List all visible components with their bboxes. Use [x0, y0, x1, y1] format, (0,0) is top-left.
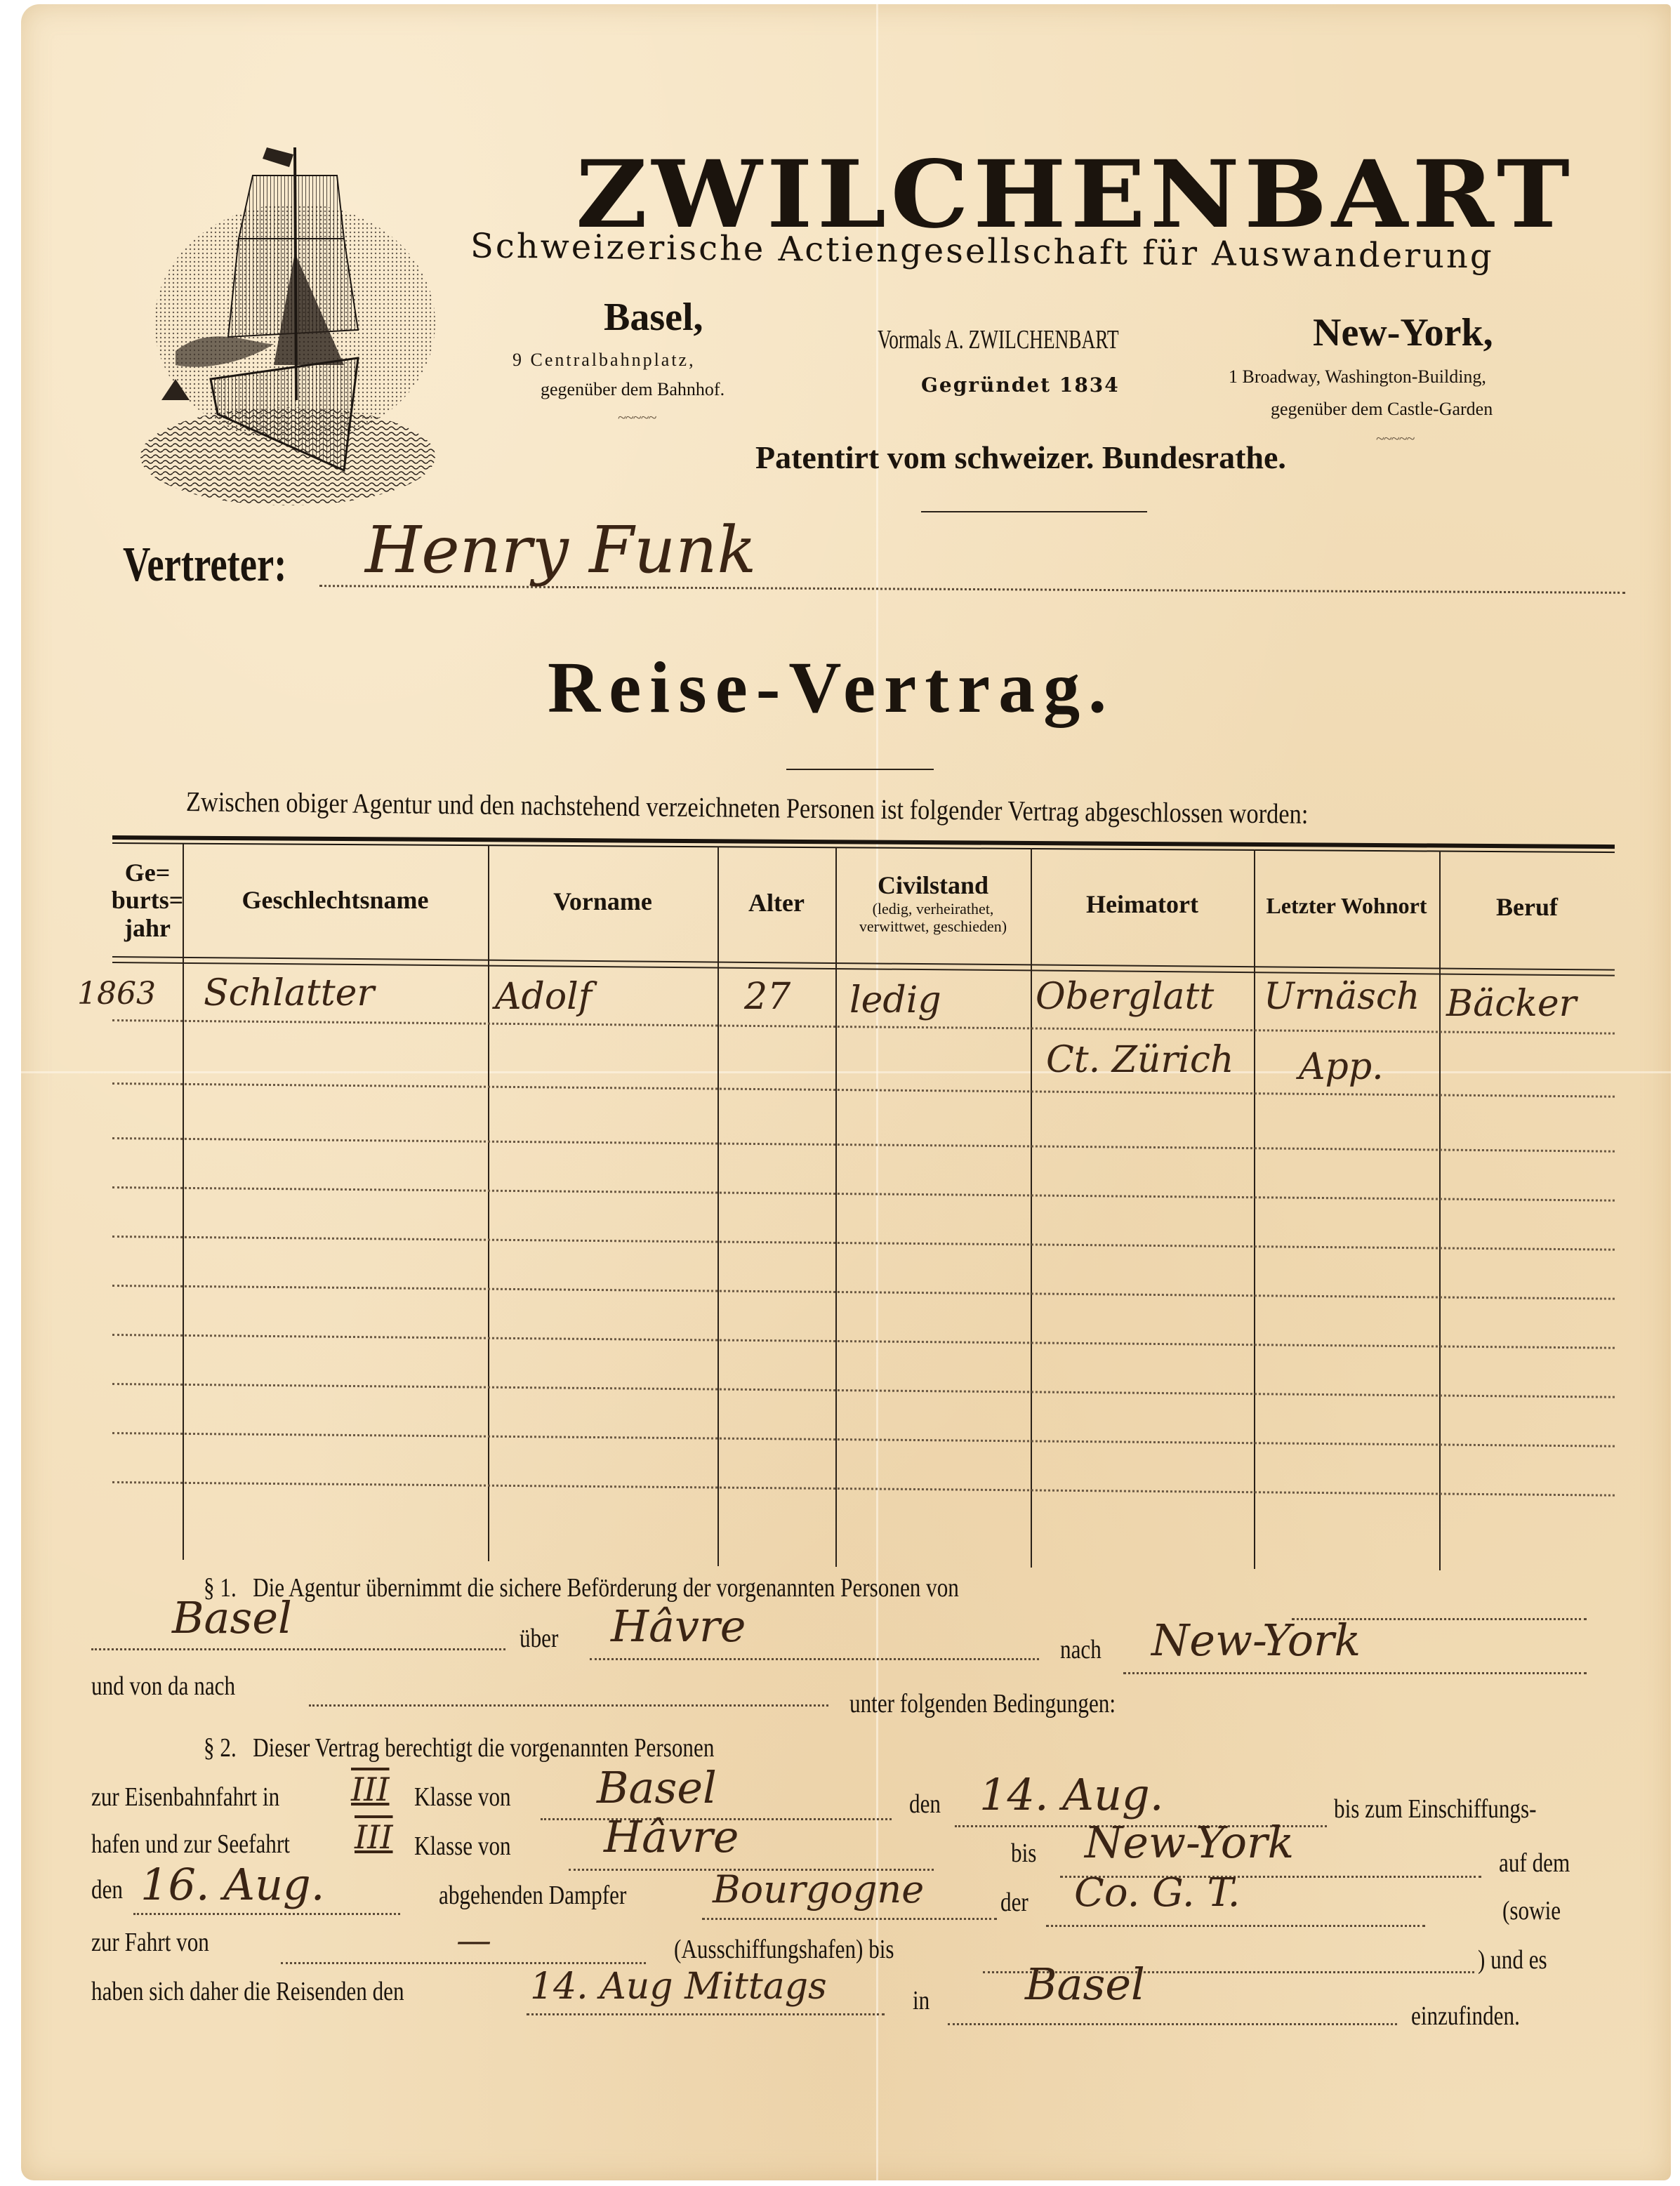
section2-text: § 2. Dieser Vertrag berechtigt die vorge…: [204, 1733, 714, 1763]
rail-date-value[interactable]: 14. Aug.: [979, 1769, 1163, 1820]
col-header-occupation: Beruf: [1439, 855, 1615, 960]
col-header-age: Alter: [717, 851, 835, 956]
newyork-address-line2: gegenüber dem Castle-Garden: [1271, 399, 1493, 420]
section1-via-line: [590, 1658, 1039, 1660]
section1-onward-label: und von da nach: [91, 1671, 235, 1702]
document-title: Reise-Vertrag.: [548, 646, 1115, 729]
steamer-value[interactable]: Bourgogne: [713, 1867, 924, 1912]
row-line: [112, 1082, 1615, 1098]
section1-text: § 1. Die Agentur übernimmt die sichere B…: [204, 1572, 959, 1603]
sea-to-value[interactable]: New-York: [1085, 1817, 1294, 1868]
cell-occupation[interactable]: Bäcker: [1446, 983, 1576, 1025]
basel-address-line1: 9 Centralbahnplatz,: [512, 350, 696, 371]
col-header-hometown: Heimatort: [1031, 852, 1254, 958]
cell-hometown[interactable]: Oberglatt: [1036, 976, 1214, 1018]
col-header-civil-status-note2: verwittwet, geschieden): [859, 918, 1007, 935]
steamship-illustration-icon: [133, 133, 442, 512]
section1-onward-line: [309, 1704, 828, 1707]
sea-class-value[interactable]: III: [355, 1818, 393, 1856]
basel-city: Basel,: [604, 295, 703, 340]
col-header-last-residence: Letzter Wohnort: [1254, 854, 1439, 959]
ship-date-value[interactable]: 16. Aug.: [140, 1859, 324, 1910]
ship-date-line: [133, 1913, 400, 1915]
row-line: [112, 1481, 1615, 1497]
col-header-birth-year-l1: Ge=: [125, 859, 171, 887]
section1-from-line: [91, 1648, 505, 1650]
formerly-label: Vormals A. ZWILCHENBART: [878, 324, 1119, 355]
rail-prefix: zur Eisenbahnfahrt in: [91, 1782, 279, 1813]
row-line: [112, 1186, 1615, 1202]
patent-notice: Patentirt vom schweizer. Bundesrathe.: [755, 439, 1286, 476]
report-prefix: haben sich daher die Reisenden den: [91, 1976, 404, 2007]
sea-from-value[interactable]: Hâvre: [604, 1811, 739, 1862]
newyork-address-line1: 1 Broadway, Washington-Building,: [1229, 366, 1486, 387]
rail-suffix: bis zum Einschiffungs-: [1334, 1794, 1536, 1824]
steamer-label: abgehenden Dampfer: [439, 1880, 626, 1911]
report-date-line: [527, 2013, 885, 2015]
cell-civil-status[interactable]: ledig: [849, 979, 941, 1021]
row-line: [112, 1236, 1615, 1251]
passenger-table: Ge= burts= jahr Geschlechtsname Vorname …: [112, 835, 1615, 1562]
col-header-civil-status: Civilstand (ledig, verheirathet, verwitt…: [835, 851, 1031, 956]
newyork-city: New-York,: [1313, 310, 1493, 355]
squiggle-ornament-left: ~~~~~: [618, 409, 656, 427]
section1-from-value[interactable]: Basel: [172, 1592, 292, 1643]
basel-address-line2: gegenüber dem Bahnhof.: [541, 379, 725, 400]
report-suffix: einzufinden.: [1411, 2001, 1520, 2032]
section1-via-label: über: [520, 1623, 558, 1654]
further-from-value[interactable]: —: [456, 1920, 491, 1961]
sea-suffix: auf dem: [1499, 1848, 1570, 1879]
row-line: [112, 1137, 1615, 1153]
col-header-birth-year-l2: burts=: [112, 887, 184, 915]
line-label: der: [1000, 1887, 1028, 1918]
further-from-line: [281, 1962, 646, 1964]
title-divider-ornament: [786, 769, 934, 770]
section2-body: Dieser Vertrag berechtigt die vorgenannt…: [253, 1733, 714, 1763]
cell-birth-year[interactable]: 1863: [77, 976, 156, 1012]
section1-to-label: nach: [1060, 1634, 1102, 1665]
founded-label: Gegründet 1834: [921, 373, 1120, 397]
cell-last-residence[interactable]: Urnäsch: [1264, 976, 1420, 1018]
report-in-label: in: [913, 1985, 930, 2016]
section1-via-value[interactable]: Hâvre: [611, 1601, 746, 1652]
cell-surname[interactable]: Schlatter: [204, 972, 374, 1014]
row-line: [112, 1285, 1615, 1300]
row-line: [112, 1334, 1615, 1349]
ship-date-label: den: [91, 1874, 123, 1905]
section2-mark: § 2.: [204, 1733, 237, 1763]
cell-hometown-line2[interactable]: Ct. Zürich: [1046, 1039, 1233, 1081]
row-line: [112, 1019, 1615, 1035]
rail-from-value[interactable]: Basel: [597, 1762, 717, 1813]
col-header-surname: Geschlechtsname: [183, 848, 488, 953]
line-company-line: [1046, 1925, 1425, 1927]
cell-age[interactable]: 27: [744, 976, 791, 1018]
col-header-civil-status-note1: (ledig, verheirathet,: [873, 900, 994, 918]
sea-prefix: hafen und zur Seefahrt: [91, 1829, 290, 1860]
further-suffix: ) und es: [1478, 1945, 1547, 1975]
steamer-line: [702, 1918, 997, 1920]
report-place-line: [948, 2023, 1397, 2025]
row-line: [112, 1432, 1615, 1448]
col-header-civil-status-label: Civilstand: [878, 872, 988, 900]
rail-class-value[interactable]: III: [351, 1770, 390, 1808]
cell-first-name[interactable]: Adolf: [495, 976, 592, 1018]
report-date-value[interactable]: 14. Aug Mittags: [530, 1966, 827, 2008]
col-header-birth-year: Ge= burts= jahr: [112, 848, 183, 953]
col-header-birth-year-l3: jahr: [124, 915, 171, 943]
squiggle-ornament-right: ~~~~~: [1376, 430, 1415, 448]
further-mid: (Ausschiffungshafen) bis: [674, 1934, 894, 1965]
section1-to-line: [1123, 1672, 1587, 1674]
section1-conditions: unter folgenden Bedingungen:: [849, 1688, 1116, 1719]
line-company-value[interactable]: Co. G. T.: [1074, 1870, 1240, 1916]
rail-class-label: Klasse von: [414, 1782, 511, 1813]
sea-class-label: Klasse von: [414, 1831, 511, 1862]
row-line: [112, 1383, 1615, 1398]
sea-to-label: bis: [1011, 1838, 1036, 1869]
representative-value[interactable]: Henry Funk: [365, 512, 756, 588]
section1-to-value[interactable]: New-York: [1151, 1615, 1361, 1666]
cell-last-residence-line2[interactable]: App.: [1299, 1046, 1384, 1088]
col-header-first-name: Vorname: [488, 849, 717, 955]
sowie-text: (sowie: [1502, 1895, 1561, 1926]
section1-body: Die Agentur übernimmt die sichere Beförd…: [253, 1573, 959, 1603]
further-prefix: zur Fahrt von: [91, 1927, 209, 1958]
report-place-value[interactable]: Basel: [1025, 1959, 1145, 2010]
representative-label: Vertreter:: [123, 537, 286, 593]
rail-date-label: den: [909, 1789, 941, 1820]
divider-ornament: [921, 511, 1147, 512]
